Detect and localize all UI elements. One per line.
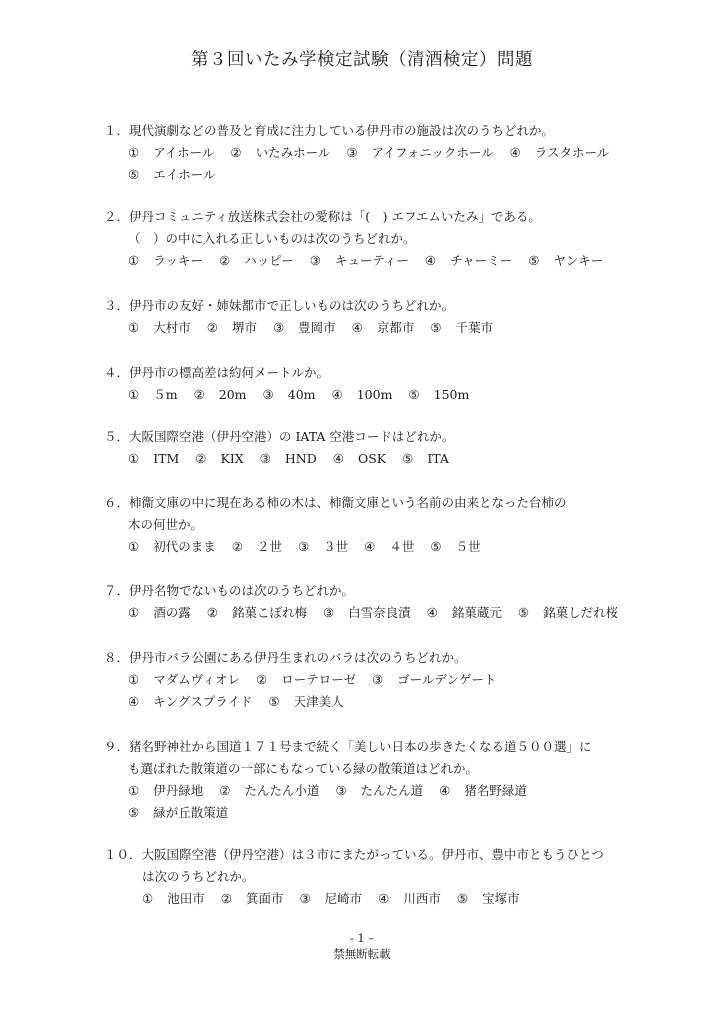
choice-2: ②20m — [194, 384, 247, 406]
choice-5: ⑤千葉市 — [430, 317, 493, 339]
choice-1: ①５m — [128, 384, 178, 406]
question-number: ３． — [104, 295, 129, 317]
choice-4: ④OSK — [333, 448, 386, 470]
choice-4: ④チャーミー — [425, 250, 512, 272]
question-4: ４．伊丹市の標高差は約何メートルか。 ①５m ②20m ③40m ④100m ⑤… — [104, 362, 644, 406]
question-text: 大阪国際空港（伊丹空港）は３市にまたがっている。伊丹市、豊中市ともうひとつ — [142, 847, 604, 862]
choice-row: ①大村市 ②堺市 ③豊岡市 ④京都市 ⑤千葉市 — [104, 317, 644, 339]
choice-4: ④４世 — [364, 536, 414, 558]
choice-row: ①初代のまま ②２世 ③３世 ④４世 ⑤５世 — [104, 536, 644, 558]
question-8: ８．伊丹市バラ公園にある伊丹生まれのバラは次のうちどれか。 ①マダムヴィオレ ②… — [104, 647, 644, 713]
question-number: ４． — [104, 362, 129, 384]
choice-5: ⑤エイホール — [128, 164, 215, 186]
choice-2: ②KIX — [195, 448, 243, 470]
question-text: 伊丹コミュニティ放送株式会社の愛称は「( ) エフエムいたみ」である。 — [129, 209, 541, 224]
question-9: ９．猪名野神社から国道１７１号まで続く「美しい日本の歩きたくなる道５００選」に … — [104, 736, 644, 824]
choice-row: ④キングスプライド ⑤天津美人 — [104, 691, 644, 713]
choice-1: ①伊丹緑地 — [128, 780, 203, 802]
question-number: ５． — [104, 426, 129, 448]
choice-row: ①池田市 ②箕面市 ③尼崎市 ④川西市 ⑤宝塚市 — [104, 888, 644, 910]
choice-row: ①ITM ②KIX ③HND ④OSK ⑤ITA — [104, 448, 644, 470]
question-7: ７．伊丹名物でないものは次のうちどれか。 ①酒の露 ②銘菓こぼれ梅 ③白雪奈良漬… — [104, 580, 644, 624]
choice-4: ④キングスプライド — [128, 691, 252, 713]
question-2: ２．伊丹コミュニティ放送株式会社の愛称は「( ) エフエムいたみ」である。 （ … — [104, 206, 644, 272]
page-footer: - 1 – 禁無断転載 — [0, 930, 724, 962]
choice-1: ①初代のまま — [128, 536, 216, 558]
choice-3: ③たんたん道 — [335, 780, 423, 802]
choice-5: ⑤宝塚市 — [457, 888, 520, 910]
question-3: ３．伊丹市の友好・姉妹都市で正しいものは次のうちどれか。 ①大村市 ②堺市 ③豊… — [104, 295, 644, 339]
choice-3: ③ゴールデンゲート — [372, 669, 496, 691]
choice-4: ④猪名野緑道 — [439, 780, 527, 802]
choice-2: ②箕面市 — [221, 888, 284, 910]
choice-1: ①ラッキー — [128, 250, 203, 272]
choice-3: ③３世 — [298, 536, 348, 558]
question-number: １０． — [104, 844, 142, 866]
choice-row: ⑤緑が丘散策道 — [104, 802, 644, 824]
choice-row: ①５m ②20m ③40m ④100m ⑤150m — [104, 384, 644, 406]
question-text: 大阪国際空港（伊丹空港）の IATA 空港コードはどれか。 — [129, 429, 454, 444]
question-number: ９． — [104, 736, 129, 758]
choice-3: ③キューティー — [310, 250, 409, 272]
choice-1: ①マダムヴィオレ — [128, 669, 240, 691]
choice-3: ③HND — [260, 448, 317, 470]
choice-5: ⑤天津美人 — [268, 691, 343, 713]
choice-1: ①酒の露 — [128, 602, 191, 624]
choice-4: ④100m — [332, 384, 393, 406]
choice-3: ③40m — [263, 384, 316, 406]
question-number: ８． — [104, 647, 129, 669]
question-6: ６．柿衞文庫の中に現在ある柿の木は、柿衞文庫という名前の由来となった台柿の 木の… — [104, 492, 644, 558]
choice-2: ②堺市 — [207, 317, 257, 339]
choice-3: ③尼崎市 — [299, 888, 362, 910]
question-number: ７． — [104, 580, 129, 602]
question-1: １．現代演劇などの普及と育成に注力している伊丹市の施設は次のうちどれか。 ①アイ… — [104, 120, 644, 186]
choice-2: ②銘菓こぼれ梅 — [207, 602, 307, 624]
page-title: 第３回いたみ学検定試験（清酒検定）問題 — [0, 46, 724, 71]
choice-1: ①アイホール — [128, 142, 214, 164]
question-number: ６． — [104, 492, 129, 514]
choice-5: ⑤緑が丘散策道 — [128, 802, 228, 824]
question-number: ２． — [104, 206, 129, 228]
question-text: 伊丹市の友好・姉妹都市で正しいものは次のうちどれか。 — [129, 298, 454, 313]
choice-4: ④ラスタホール — [510, 142, 610, 164]
choice-2: ②２世 — [232, 536, 282, 558]
question-text: 柿衞文庫の中に現在ある柿の木は、柿衞文庫という名前の由来となった台柿の — [129, 495, 567, 510]
choice-5: ⑤５世 — [430, 536, 480, 558]
question-text: も選ばれた散策道の一部にもなっている緑の散策道はどれか。 — [104, 758, 644, 780]
question-number: １． — [104, 120, 129, 142]
question-text: 伊丹市の標高差は約何メートルか。 — [129, 365, 329, 380]
choice-1: ①大村市 — [128, 317, 191, 339]
choice-row: ①伊丹緑地 ②たんたん小道 ③たんたん道 ④猪名野緑道 — [104, 780, 644, 802]
choice-5: ⑤ヤンキー — [528, 250, 603, 272]
question-text: 猪名野神社から国道１７１号まで続く「美しい日本の歩きたくなる道５００選」に — [129, 739, 592, 754]
question-text: 木の何世か。 — [104, 514, 644, 536]
question-text: 現代演劇などの普及と育成に注力している伊丹市の施設は次のうちどれか。 — [129, 123, 554, 138]
choice-3: ③豊岡市 — [273, 317, 336, 339]
choice-4: ④京都市 — [352, 317, 415, 339]
choice-3: ③白雪奈良漬 — [323, 602, 411, 624]
choice-2: ②たんたん小道 — [219, 780, 319, 802]
choice-2: ②いたみホール — [230, 142, 330, 164]
choice-4: ④銘菓蔵元 — [427, 602, 502, 624]
choice-4: ④川西市 — [378, 888, 441, 910]
choice-row: ⑤エイホール — [104, 164, 644, 186]
question-text: 伊丹名物でないものは次のうちどれか。 — [129, 583, 354, 598]
question-text: は次のうちどれか。 — [104, 866, 644, 888]
choice-5: ⑤ITA — [402, 448, 449, 470]
choice-5: ⑤銘菓しだれ桜 — [518, 602, 618, 624]
choice-2: ②ローテローゼ — [256, 669, 356, 691]
choice-row: ①ラッキー ②ハッピー ③キューティー ④チャーミー ⑤ヤンキー — [104, 250, 644, 272]
page-number: - 1 – — [0, 930, 724, 946]
choice-row: ①アイホール ②いたみホール ③アイフォニックホール ④ラスタホール — [104, 142, 644, 164]
question-5: ５．大阪国際空港（伊丹空港）の IATA 空港コードはどれか。 ①ITM ②KI… — [104, 426, 644, 470]
copyright-notice: 禁無断転載 — [0, 946, 724, 962]
choice-1: ①池田市 — [142, 888, 205, 910]
choice-row: ①酒の露 ②銘菓こぼれ梅 ③白雪奈良漬 ④銘菓蔵元 ⑤銘菓しだれ桜 — [104, 602, 644, 624]
choice-3: ③アイフォニックホール — [346, 142, 493, 164]
question-10: １０．大阪国際空港（伊丹空港）は３市にまたがっている。伊丹市、豊中市ともうひとつ… — [104, 844, 644, 910]
choice-1: ①ITM — [128, 448, 179, 470]
question-text: 伊丹市バラ公園にある伊丹生まれのバラは次のうちどれか。 — [129, 650, 467, 665]
question-text: （ ）の中に入れる正しいものは次のうちどれか。 — [104, 228, 644, 250]
choice-2: ②ハッピー — [219, 250, 294, 272]
choice-row: ①マダムヴィオレ ②ローテローゼ ③ゴールデンゲート — [104, 669, 644, 691]
choice-5: ⑤150m — [408, 384, 469, 406]
